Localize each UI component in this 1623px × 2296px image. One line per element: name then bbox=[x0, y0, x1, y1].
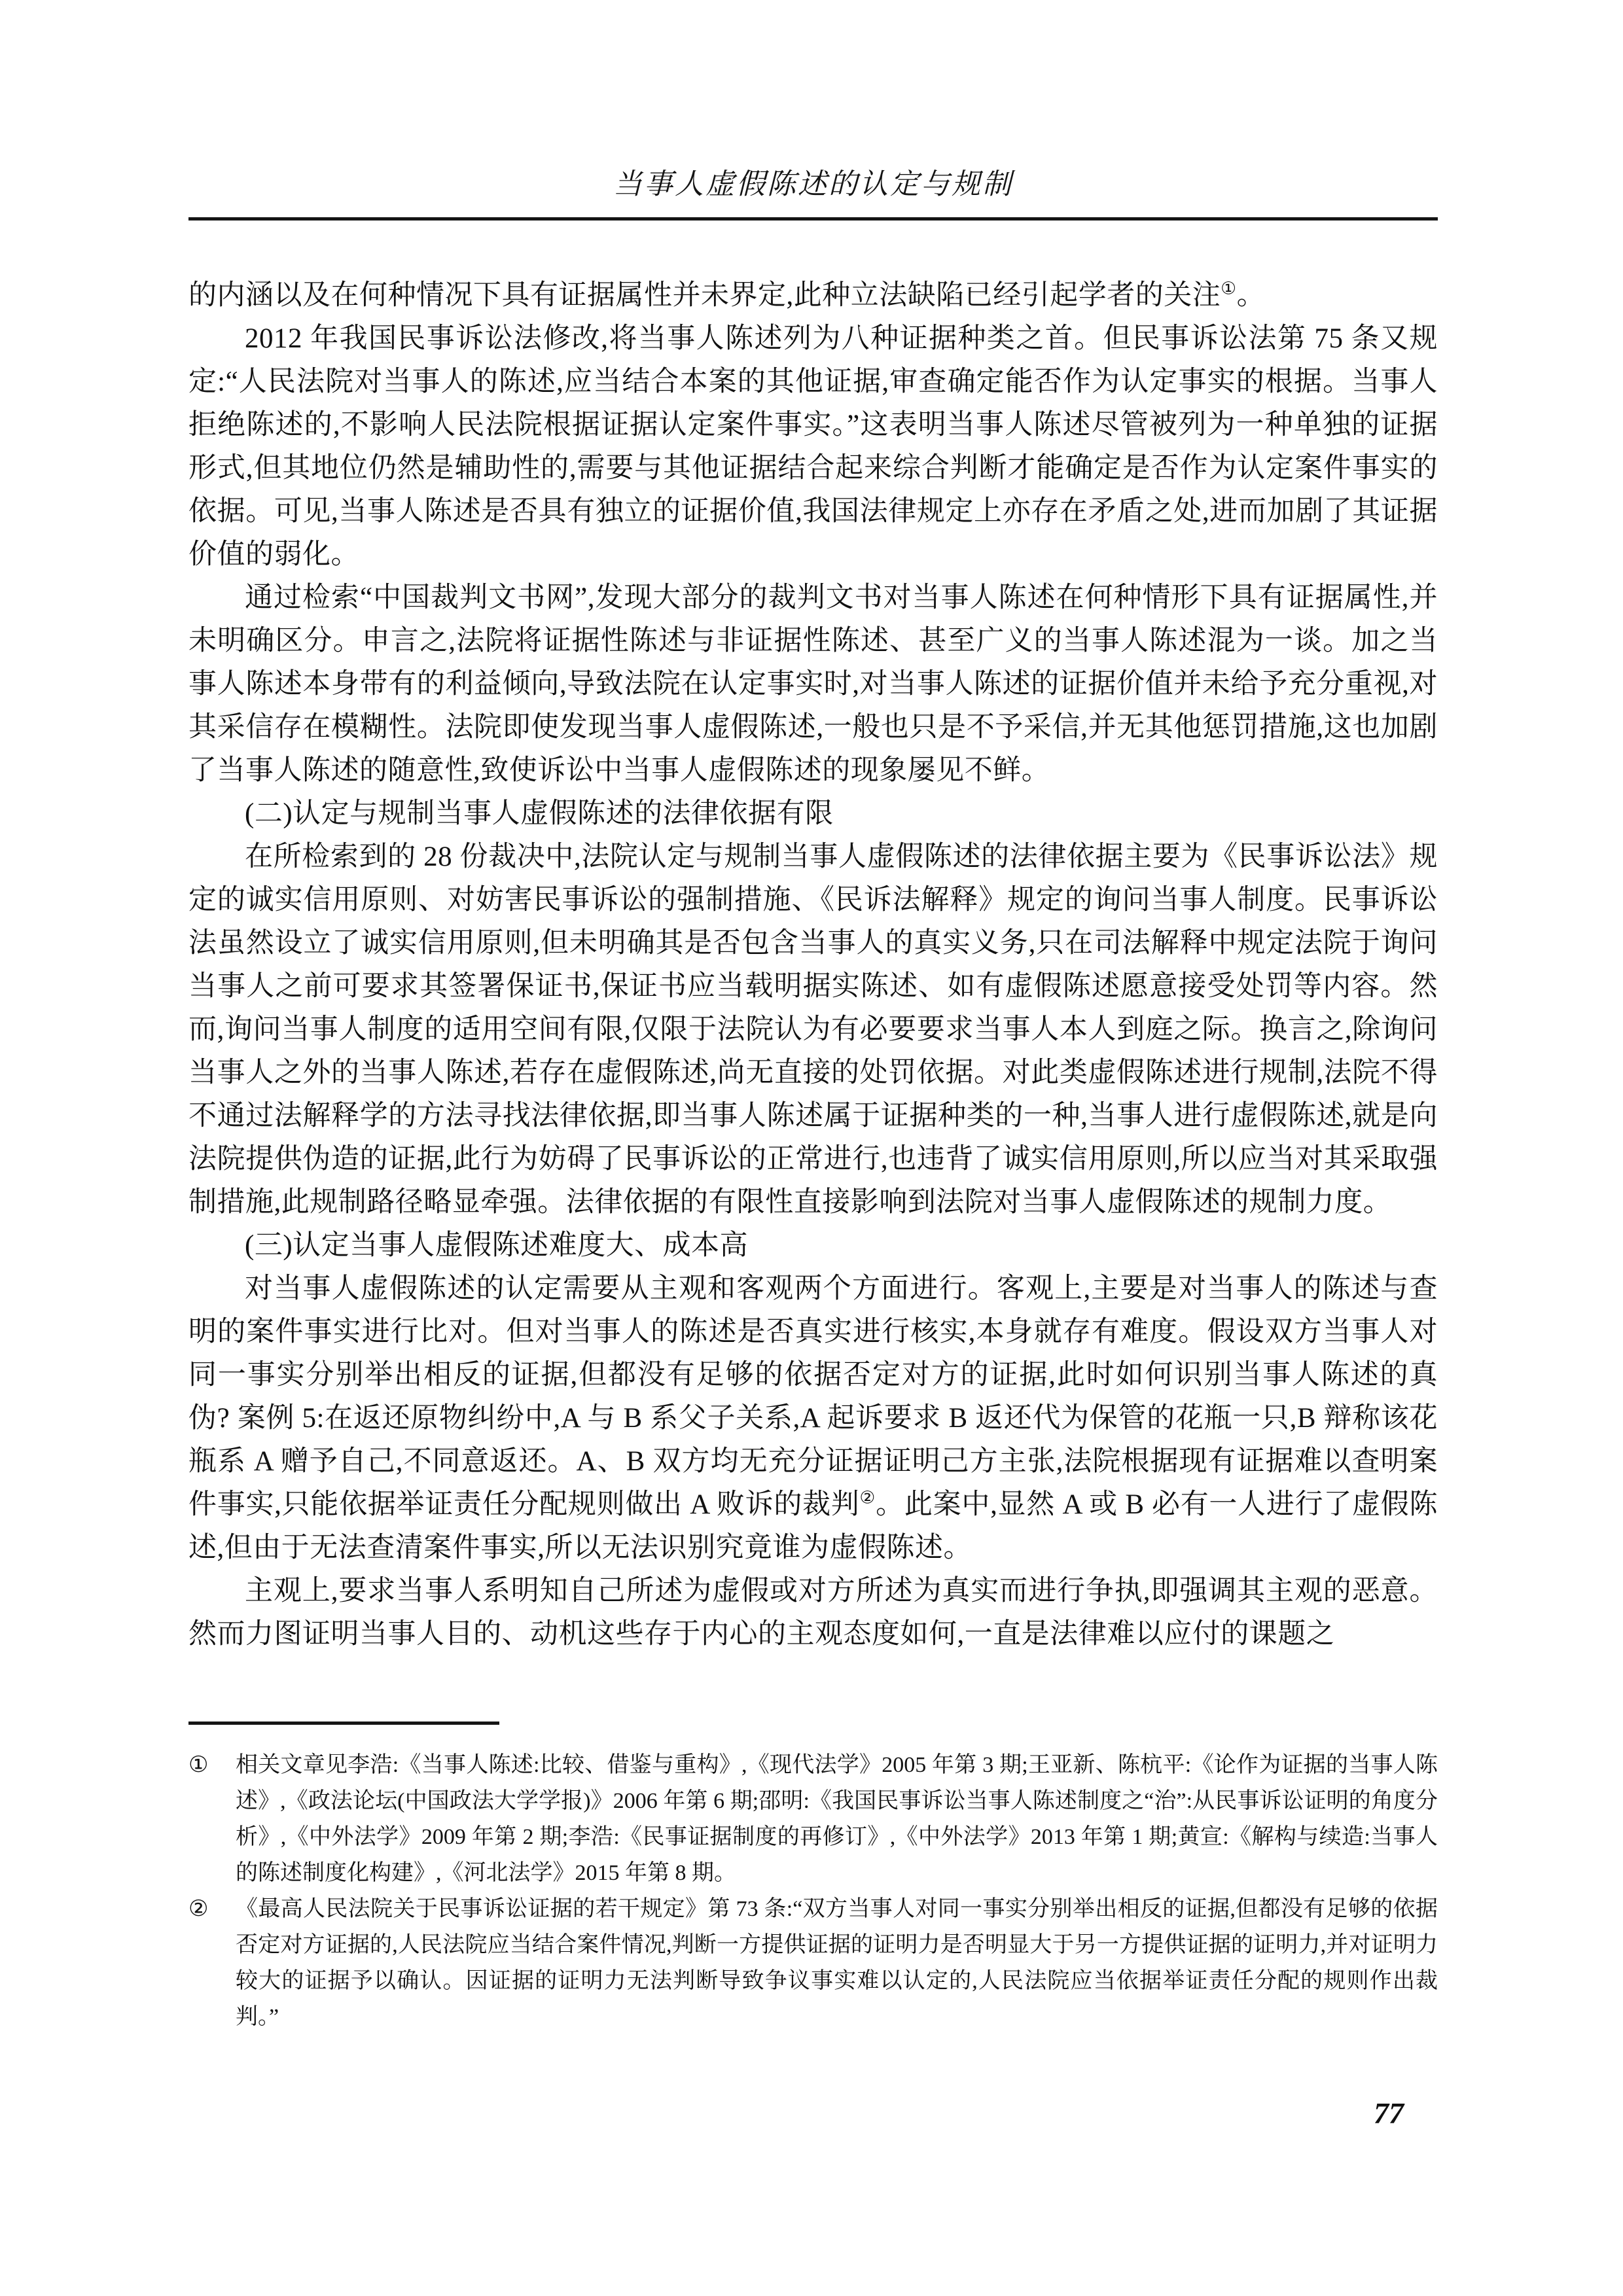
section-heading: (二)认定与规制当事人虚假陈述的法律依据有限 bbox=[188, 792, 1438, 836]
document-page: 当事人虚假陈述的认定与规制 的内涵以及在何种情况下具有证据属性并未界定,此种立法… bbox=[0, 0, 1623, 2296]
paragraph: 通过检索“中国裁判文书网”,发现大部分的裁判文书对当事人陈述在何种情形下具有证据… bbox=[188, 576, 1438, 792]
paragraph: 主观上,要求当事人系明知自己所述为虚假或对方所述为真实而进行争执,即强调其主观的… bbox=[188, 1570, 1438, 1656]
section-heading: (三)认定当事人虚假陈述难度大、成本高 bbox=[188, 1224, 1438, 1267]
article-body: 的内涵以及在何种情况下具有证据属性并未界定,此种立法缺陷已经引起学者的关注①。 … bbox=[188, 274, 1438, 1656]
footnote-separator bbox=[188, 1722, 499, 1725]
footnote-text: 《最高人民法院关于民事诉讼证据的若干规定》第 73 条:“双方当事人对同一事实分… bbox=[236, 1891, 1438, 2035]
paragraph: 2012 年我国民事诉讼法修改,将当事人陈述列为八种证据种类之首。但民事诉讼法第… bbox=[188, 317, 1438, 576]
header-rule bbox=[188, 217, 1438, 221]
paragraph: 的内涵以及在何种情况下具有证据属性并未界定,此种立法缺陷已经引起学者的关注①。 bbox=[188, 274, 1438, 317]
page-content: 当事人虚假陈述的认定与规制 的内涵以及在何种情况下具有证据属性并未界定,此种立法… bbox=[0, 0, 1623, 2035]
paragraph: 对当事人虚假陈述的认定需要从主观和客观两个方面进行。客观上,主要是对当事人的陈述… bbox=[188, 1267, 1438, 1570]
footnote-item: ① 相关文章见李浩:《当事人陈述:比较、借鉴与重构》,《现代法学》2005 年第… bbox=[188, 1747, 1438, 1891]
page-title: 当事人虚假陈述的认定与规制 bbox=[188, 169, 1438, 200]
footnotes-section: ① 相关文章见李浩:《当事人陈述:比较、借鉴与重构》,《现代法学》2005 年第… bbox=[188, 1747, 1438, 2035]
page-header: 当事人虚假陈述的认定与规制 bbox=[188, 0, 1438, 221]
footnote-marker: ① bbox=[188, 1747, 236, 1891]
footnote-marker: ② bbox=[188, 1891, 236, 2035]
footnote-text: 相关文章见李浩:《当事人陈述:比较、借鉴与重构》,《现代法学》2005 年第 3… bbox=[236, 1747, 1438, 1891]
footnote-item: ② 《最高人民法院关于民事诉讼证据的若干规定》第 73 条:“双方当事人对同一事… bbox=[188, 1891, 1438, 2035]
paragraph: 在所检索到的 28 份裁决中,法院认定与规制当事人虚假陈述的法律依据主要为《民事… bbox=[188, 836, 1438, 1224]
page-number: 77 bbox=[1374, 2096, 1404, 2130]
